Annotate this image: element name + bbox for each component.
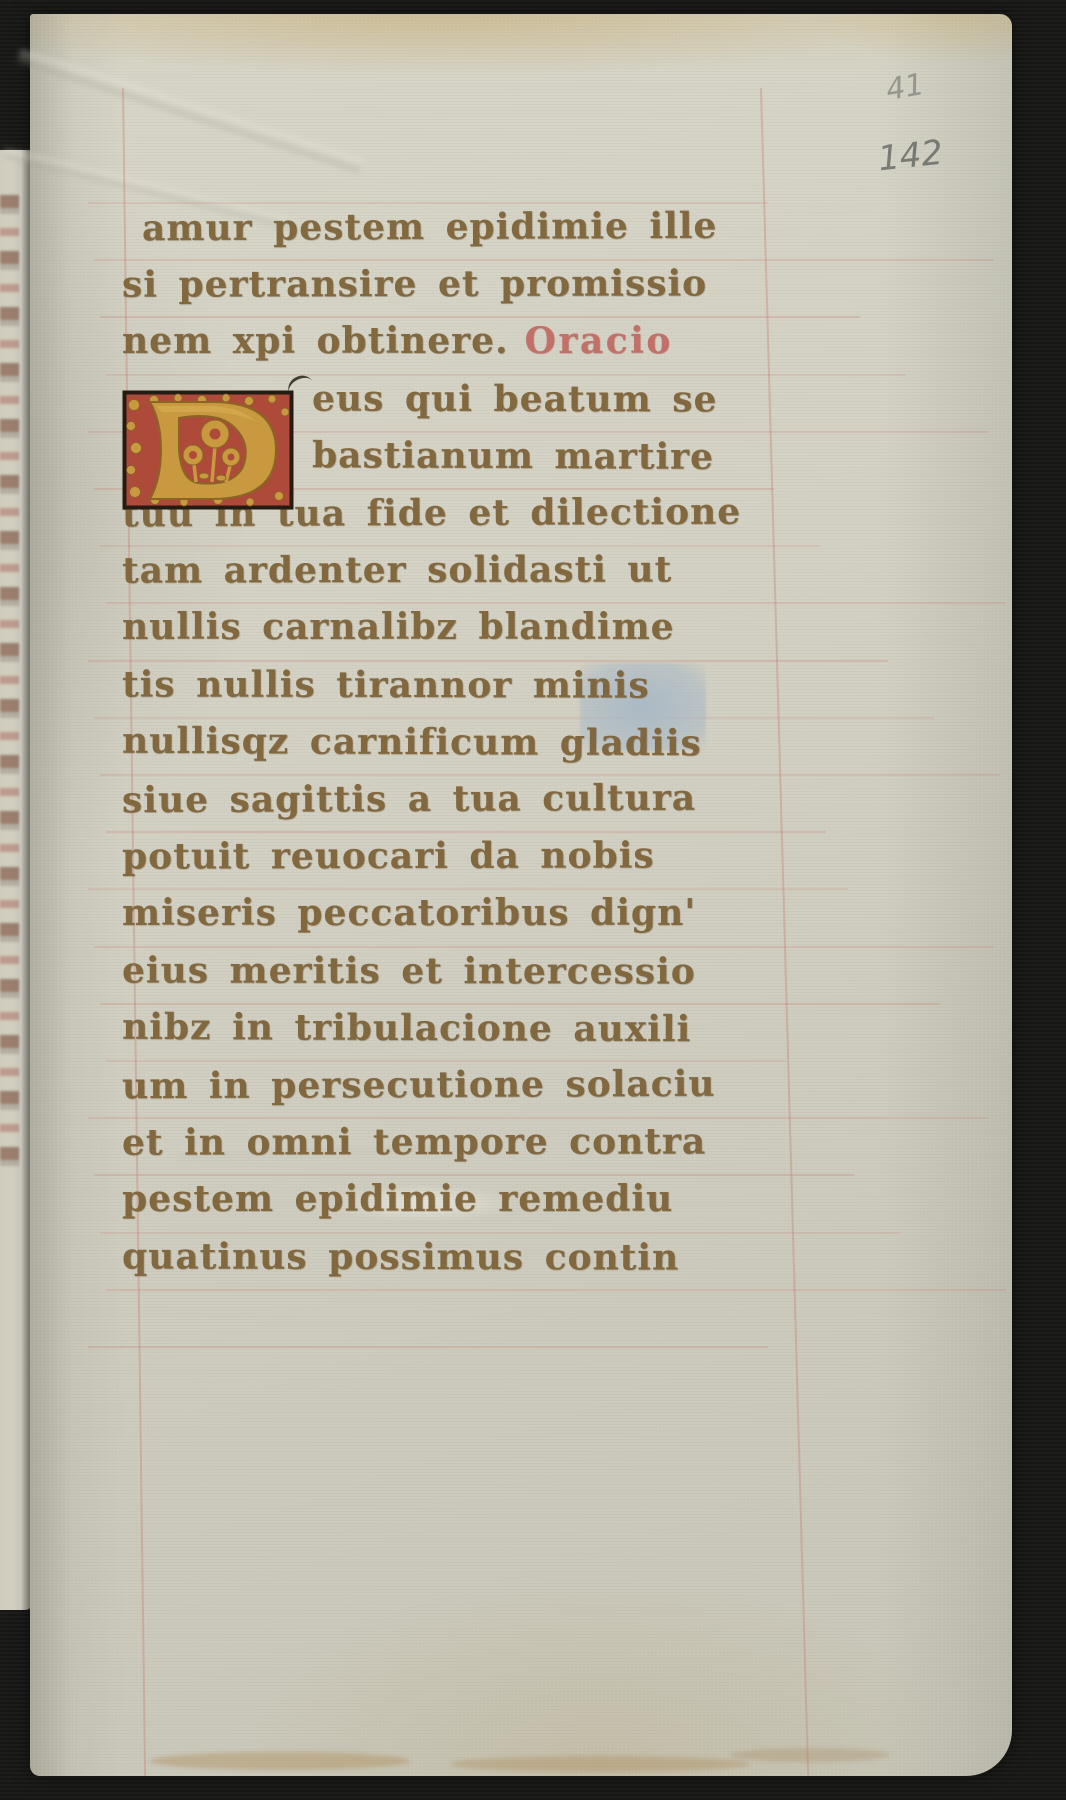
- line-text: eus qui beatum se: [312, 377, 718, 420]
- line-text: nibz in tribulacione auxili: [122, 1006, 691, 1050]
- line-text: potuit reuocari da nobis: [122, 835, 655, 878]
- manuscript-text-line: nullisqz carnificum gladiis: [122, 720, 702, 778]
- line-text: siue sagittis a tua cultura: [122, 777, 696, 821]
- manuscript-text-line: quatinus possimus contin: [122, 1235, 679, 1292]
- ruling-vertical-right: [760, 88, 809, 1775]
- manuscript-text-line: tam ardenter solidasti ut: [122, 549, 672, 606]
- manuscript-text-line: nem xpi obtinere.Oracio: [122, 320, 673, 376]
- illuminated-initial-D: D: [122, 390, 294, 510]
- stain: [150, 1752, 410, 1770]
- manuscript-page: 41 142 amur pestem epidimie illesi pertr…: [30, 14, 1012, 1776]
- manuscript-text-line: um in persecutione solaciu: [122, 1063, 716, 1121]
- photograph-background: 41 142 amur pestem epidimie illesi pertr…: [0, 0, 1066, 1800]
- stain: [730, 1748, 890, 1762]
- ruling-horizontal-line: [88, 202, 768, 204]
- folio-number-pencil-upper: 41: [883, 67, 927, 108]
- line-text: eius meritis et intercessio: [122, 949, 696, 992]
- manuscript-text-line: amur pestem epidimie ille: [142, 205, 718, 263]
- line-text: nullis carnalibz blandime: [122, 606, 675, 648]
- manuscript-text-line: eius meritis et intercessio: [122, 949, 696, 1006]
- ruling-horizontal-line: [88, 1346, 768, 1348]
- rubric-oracio: Oracio: [525, 320, 673, 362]
- manuscript-text-line: tis nullis tirannor minis: [122, 663, 650, 720]
- line-text: nullisqz carnificum gladiis: [122, 720, 702, 764]
- line-text: pestem epidimie remediu: [122, 1178, 673, 1220]
- manuscript-text-line: bastianum martire: [312, 434, 714, 492]
- manuscript-text-line: si pertransire et promissio: [122, 263, 707, 320]
- line-text: si pertransire et promissio: [122, 263, 707, 306]
- manuscript-text-line: eus qui beatum se: [312, 377, 718, 434]
- manuscript-text-line: nibz in tribulacione auxili: [122, 1006, 691, 1064]
- line-text: miseris peccatoribus dign': [122, 892, 696, 934]
- manuscript-text-line: potuit reuocari da nobis: [122, 835, 655, 892]
- manuscript-text-line: pestem epidimie remediu: [122, 1178, 673, 1234]
- parchment-crease: [17, 49, 364, 174]
- line-text: amur pestem epidimie ille: [142, 205, 718, 249]
- stain: [450, 1756, 750, 1772]
- manuscript-text-line: miseris peccatoribus dign': [122, 892, 696, 948]
- facing-page-text-showthrough: [0, 195, 19, 1175]
- line-text: nem xpi obtinere.: [122, 320, 509, 362]
- folio-number-pencil-lower: 142: [876, 133, 945, 180]
- line-text: um in persecutione solaciu: [122, 1063, 716, 1107]
- manuscript-text-line: siue sagittis a tua cultura: [122, 777, 696, 835]
- manuscript-text-line: nullis carnalibz blandime: [122, 606, 675, 662]
- line-text: bastianum martire: [312, 434, 714, 478]
- line-text: tis nullis tirannor minis: [122, 663, 650, 706]
- line-text: quatinus possimus contin: [122, 1235, 679, 1278]
- facing-page-edge: [0, 150, 34, 1610]
- manuscript-text-line: et in omni tempore contra: [122, 1121, 706, 1178]
- line-text: et in omni tempore contra: [122, 1121, 706, 1164]
- line-text: tam ardenter solidasti ut: [122, 549, 672, 592]
